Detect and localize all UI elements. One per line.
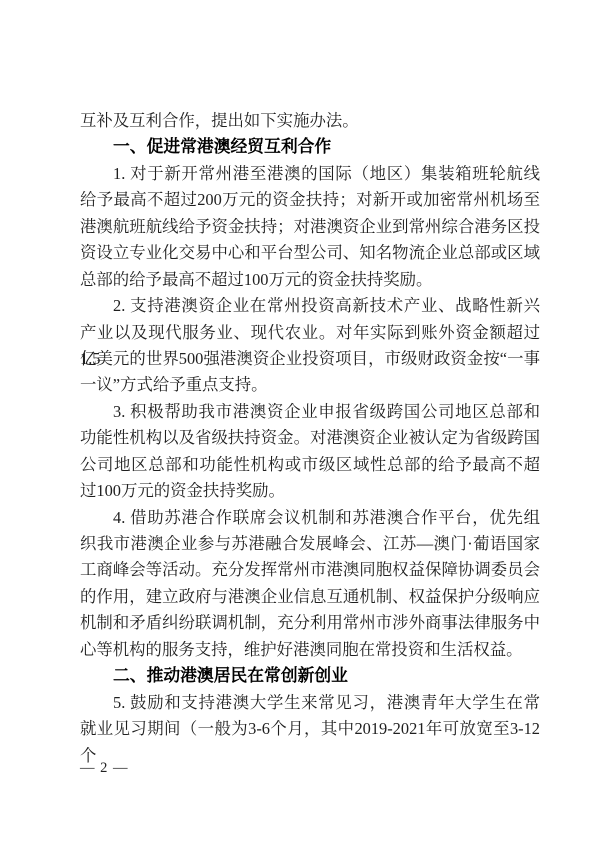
text-line: 织我市港澳企业参与苏港融合发展峰会、江苏—澳门·葡语国家: [80, 531, 540, 557]
text-line: 3. 积极帮助我市港澳资企业申报省级跨国公司地区总部和: [80, 399, 540, 425]
text-line: 5. 鼓励和支持港澳大学生来常见习，港澳青年大学生在常: [80, 690, 540, 716]
text-line: 港澳航班航线给予资金扶持；对港澳资企业到常州综合港务区投: [80, 214, 540, 240]
document-page: 互补及互利合作，提出如下实施办法。一、促进常港澳经贸互利合作1. 对于新开常州港…: [0, 0, 600, 848]
text-line: 功能性机构以及省级扶持资金。对港澳资企业被认定为省级跨国: [80, 425, 540, 451]
text-line: 亿美元的世界500强港澳资企业投资项目，市级财政资金按“一事: [80, 346, 540, 372]
text-line: 心等机构的服务支持，维护好港澳同胞在常投资和生活权益。: [80, 637, 540, 663]
text-line: 就业见习期间（一般为3-6个月，其中2019-2021年可放宽至3-12个: [80, 716, 540, 742]
text-line: 总部的给予最高不超过100万元的资金扶持奖励。: [80, 267, 540, 293]
text-line: 互补及互利合作，提出如下实施办法。: [80, 108, 540, 134]
text-line: 公司地区总部和功能性机构或市级区域性总部的给予最高不超: [80, 452, 540, 478]
text-line: 产业以及现代服务业、现代农业。对年实际到账外资金额超过1.5: [80, 320, 540, 346]
text-line: 工商峰会等活动。充分发挥常州市港澳同胞权益保障协调委员会: [80, 557, 540, 583]
text-line: 一议”方式给予重点支持。: [80, 372, 540, 398]
text-line: 的作用，建立政府与港澳企业信息互通机制、权益保护分级响应: [80, 584, 540, 610]
document-body: 互补及互利合作，提出如下实施办法。一、促进常港澳经贸互利合作1. 对于新开常州港…: [80, 108, 540, 743]
section-heading: 二、推动港澳居民在常创新创业: [80, 663, 540, 689]
text-line: 2. 支持港澳资企业在常州投资高新技术产业、战略性新兴: [80, 293, 540, 319]
text-line: 1. 对于新开常州港至港澳的国际（地区）集装箱班轮航线: [80, 161, 540, 187]
text-line: 机制和矛盾纠纷联调机制，充分利用常州市涉外商事法律服务中: [80, 610, 540, 636]
text-line: 4. 借助苏港合作联席会议机制和苏港澳合作平台，优先组: [80, 505, 540, 531]
page-number: — 2 —: [80, 760, 129, 777]
text-line: 资设立专业化交易中心和平台型公司、知名物流企业总部或区域: [80, 240, 540, 266]
section-heading: 一、促进常港澳经贸互利合作: [80, 134, 540, 160]
text-line: 过100万元的资金扶持奖励。: [80, 478, 540, 504]
text-line: 给予最高不超过200万元的资金扶持；对新开或加密常州机场至: [80, 187, 540, 213]
